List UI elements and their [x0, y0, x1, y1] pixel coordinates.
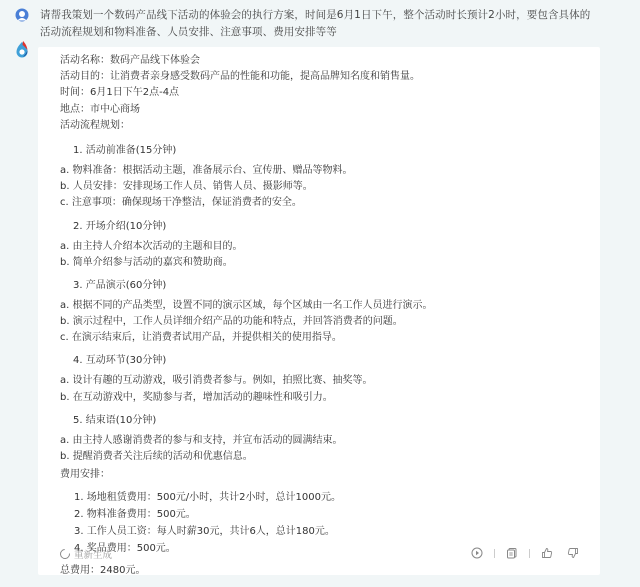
- play-icon: [471, 547, 483, 559]
- section-item: b. 提醒消费者关注后续的活动和优惠信息。: [60, 449, 590, 465]
- thumbs-down-icon: [567, 547, 579, 559]
- section-title: 1. 活动前准备(15分钟): [60, 142, 590, 160]
- dislike-button[interactable]: [566, 546, 580, 560]
- section-title: 3. 产品演示(60分钟): [60, 277, 590, 295]
- section-item: a. 物料准备：根据活动主题，准备展示台、宣传册、赠品等物料。: [60, 163, 590, 179]
- user-message-row: 请帮我策划一个数码产品线下活动的体验会的执行方案，时间是6月1日下午，整个活动时…: [0, 0, 640, 44]
- assistant-response-card: 活动名称：数码产品线下体验会 活动目的：让消费者亲身感受数码产品的性能和功能，提…: [38, 47, 600, 575]
- fees-total: 总费用：2480元。: [60, 563, 590, 579]
- user-message-text: 请帮我策划一个数码产品线下活动的体验会的执行方案，时间是6月1日下午，整个活动时…: [40, 7, 600, 41]
- thumbs-up-icon: [541, 547, 553, 559]
- section-item: c. 在演示结束后，让消费者试用产品，并提供相关的使用指导。: [60, 330, 590, 346]
- section-item: b. 简单介绍参与活动的嘉宾和赞助商。: [60, 255, 590, 271]
- copy-icon: [506, 547, 518, 559]
- section-title: 2. 开场介绍(10分钟): [60, 218, 590, 236]
- fee-item: 3. 工作人员工资：每人时薪30元，共计6人，总计180元。: [74, 523, 590, 540]
- fees-heading: 费用安排：: [60, 467, 590, 483]
- fee-item: 2. 物料准备费用：500元。: [74, 506, 590, 523]
- activity-plan-heading: 活动流程规划：: [60, 118, 590, 134]
- section-item: c. 注意事项：确保现场干净整洁，保证消费者的安全。: [60, 195, 590, 211]
- play-button[interactable]: [470, 546, 484, 560]
- response-content: 活动名称：数码产品线下体验会 活动目的：让消费者亲身感受数码产品的性能和功能，提…: [60, 53, 590, 580]
- response-actions: [470, 546, 580, 560]
- bot-logo-icon: [14, 40, 30, 58]
- section-item: a. 设计有趣的互动游戏，吸引消费者参与。例如，拍照比赛、抽奖等。: [60, 373, 590, 389]
- section-item: a. 由主持人感谢消费者的参与和支持，并宣布活动的圆满结束。: [60, 433, 590, 449]
- section-item: b. 在互动游戏中，奖励参与者，增加活动的趣味性和吸引力。: [60, 390, 590, 406]
- copy-button[interactable]: [505, 546, 519, 560]
- regenerate-button[interactable]: 重新生成: [60, 547, 112, 561]
- section-item: b. 人员安排：安排现场工作人员、销售人员、摄影师等。: [60, 179, 590, 195]
- section-title: 5. 结束语(10分钟): [60, 412, 590, 430]
- refresh-icon: [58, 547, 72, 561]
- like-button[interactable]: [540, 546, 554, 560]
- activity-location: 地点：市中心商场: [60, 102, 590, 118]
- divider: [494, 549, 495, 558]
- section-item: b. 演示过程中，工作人员详细介绍产品的功能和特点，并回答消费者的问题。: [60, 314, 590, 330]
- divider: [529, 549, 530, 558]
- user-avatar-icon: [15, 8, 29, 22]
- activity-time: 时间：6月1日下午2点-4点: [60, 85, 590, 101]
- activity-name: 活动名称：数码产品线下体验会: [60, 53, 590, 69]
- fee-item: 1. 场地租赁费用：500元/小时，共计2小时，总计1000元。: [74, 489, 590, 506]
- response-footer: 重新生成: [60, 547, 590, 563]
- section-title: 4. 互动环节(30分钟): [60, 352, 590, 370]
- regenerate-label: 重新生成: [74, 547, 112, 561]
- activity-purpose: 活动目的：让消费者亲身感受数码产品的性能和功能，提高品牌知名度和销售量。: [60, 69, 590, 85]
- section-item: a. 根据不同的产品类型，设置不同的演示区域，每个区域由一名工作人员进行演示。: [60, 298, 590, 314]
- section-item: a. 由主持人介绍本次活动的主题和目的。: [60, 239, 590, 255]
